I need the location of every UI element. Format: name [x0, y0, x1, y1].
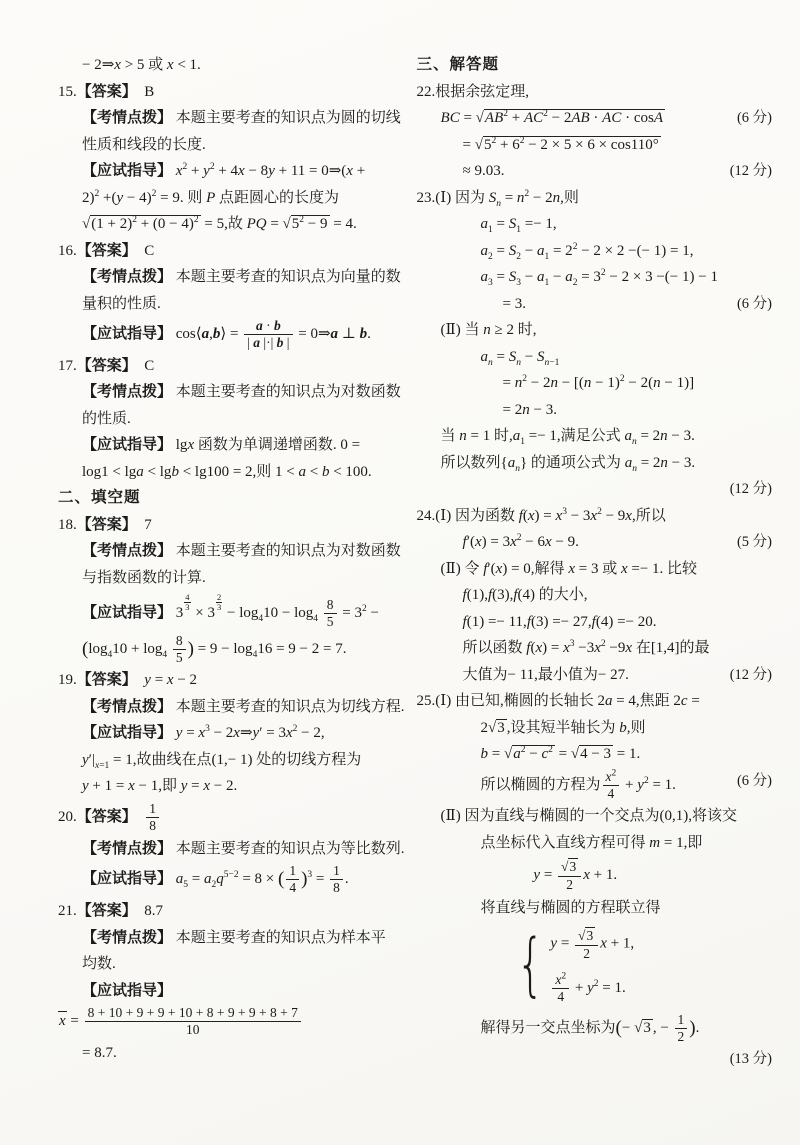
line-text: 【考情点拨】 本题主要考查的知识点为样本平 — [82, 930, 386, 946]
text-line: y = √32x + 1. — [417, 858, 774, 892]
text-line: ≈ 9.03.(12 分) — [417, 160, 774, 182]
text-line: 【考情点拨】 本题主要考查的知识点为切线方程. — [58, 696, 405, 718]
text-line: (Ⅱ) 当 n ≥ 2 时, — [417, 319, 774, 341]
text-line: √(1 + 2)2 + (0 − 4)2 = 5,故 PQ = √52 − 9 … — [58, 213, 405, 235]
text-line: 点坐标代入直线方程可得 m = 1,即 — [417, 832, 774, 854]
line-text: = √52 + 62 − 2 × 5 × 6 × cos110° — [463, 137, 661, 153]
text-line: b = √a2 − c2 = √4 − 3 = 1. — [417, 743, 774, 765]
line-text: (Ⅱ) 当 n ≥ 2 时, — [441, 322, 537, 338]
text-line: 当 n = 1 时,a1 =− 1,满足公式 an = 2n − 3. — [417, 425, 774, 447]
text-line: 量积的性质. — [58, 293, 405, 315]
text-line: 与指数函数的计算. — [58, 567, 405, 589]
line-text: 当 n = 1 时,a1 =− 1,满足公式 an = 2n − 3. — [441, 428, 695, 444]
line-text: 19.【答案】 y = x − 2 — [58, 672, 197, 688]
line-text: b = √a2 − c2 = √4 − 3 = 1. — [481, 746, 641, 762]
answer-22: 22.根据余弦定理, — [417, 81, 774, 103]
line-text: 【考情点拨】 本题主要考查的知识点为向量的数 — [82, 269, 401, 285]
line-text: 24.(Ⅰ) 因为函数 f(x) = x3 − 3x2 − 9x,所以 — [417, 508, 666, 524]
text-line: 【考情点拨】 本题主要考查的知识点为等比数列. — [58, 838, 405, 860]
left-column: − 2⇒x > 5 或 x < 1.15.【答案】 B【考情点拨】 本题主要考查… — [58, 54, 405, 1075]
text-line: = n2 − 2n − [(n − 1)2 − 2(n − 1)] — [417, 372, 774, 394]
line-text: a3 = S3 − a1 − a2 = 32 − 2 × 3 −(− 1) − … — [481, 269, 718, 285]
line-text: 【应试指导】 a5 = a2q5−2 = 8 × (14)3 = 18. — [82, 871, 349, 887]
text-line: 【应试指导】 a5 = a2q5−2 = 8 × (14)3 = 18. — [58, 864, 405, 895]
line-text: 解得另一交点坐标为(− √3, − 12). — [481, 1020, 700, 1036]
line-text: 三、解答题 — [417, 56, 500, 73]
answer-19: 19.【答案】 y = x − 2 — [58, 669, 405, 691]
section-heading-solutions: 三、解答题 — [417, 54, 774, 76]
line-text: f(1),f(3),f(4) 的大小, — [463, 587, 588, 603]
text-line: 所以椭圆的方程为x24 + y2 = 1.(6 分) — [417, 770, 774, 801]
text-line: f(1),f(3),f(4) 的大小, — [417, 584, 774, 606]
line-text: 二、填空题 — [58, 489, 141, 506]
line-text: = 3. — [503, 296, 526, 312]
line-text: 所以数列{an} 的通项公式为 an = 2n − 3. — [441, 455, 696, 471]
line-text: 【考情点拨】 本题主要考查的知识点为圆的切线 — [82, 110, 401, 126]
text-line: 【考情点拨】 本题主要考查的知识点为对数函数 — [58, 540, 405, 562]
line-text: 点坐标代入直线方程可得 m = 1,即 — [481, 835, 703, 851]
line-text: (Ⅱ) 因为直线与椭圆的一个交点为(0,1),将该交 — [441, 808, 737, 824]
line-text: 21.【答案】 8.7 — [58, 903, 163, 919]
line-text: = 8.7. — [82, 1045, 117, 1061]
line-text: √(1 + 2)2 + (0 − 4)2 = 5,故 PQ = √52 − 9 … — [82, 216, 357, 232]
text-line: = 2n − 3. — [417, 399, 774, 421]
score-badge: (12 分) — [730, 160, 772, 182]
line-text: f′(x) = 3x2 − 6x − 9. — [463, 534, 579, 550]
line-text: 17.【答案】 C — [58, 358, 154, 374]
text-line: (13 分) — [417, 1048, 774, 1070]
system-equation: y = √32x + 1, — [550, 927, 634, 961]
line-text: 【应试指导】 x2 + y2 + 4x − 8y + 11 = 0⇒(x + — [82, 163, 365, 179]
line-text: 【考情点拨】 本题主要考查的知识点为对数函数 — [82, 543, 401, 559]
line-text: 【应试指导】 cos⟨a,b⟩ = a · b| a |·| b | = 0⇒a… — [82, 326, 371, 342]
text-line: 所以数列{an} 的通项公式为 an = 2n − 3. — [417, 452, 774, 474]
text-line: 【应试指导】 cos⟨a,b⟩ = a · b| a |·| b | = 0⇒a… — [58, 319, 405, 350]
text-line: 大值为− 11,最小值为− 27.(12 分) — [417, 664, 774, 686]
text-line: BC = √AB2 + AC2 − 2AB · AC · cosA(6 分) — [417, 107, 774, 129]
line-text: 【应试指导】 y = x3 − 2x⇒y′ = 3x2 − 2, — [82, 725, 325, 741]
answer-23: 23.(Ⅰ) 因为 Sn = n2 − 2n,则 — [417, 187, 774, 209]
system-equation: x24 + y2 = 1. — [550, 973, 625, 1004]
line-text: 【考情点拨】 本题主要考查的知识点为切线方程. — [82, 699, 405, 715]
text-line: x = 8 + 10 + 9 + 9 + 10 + 8 + 9 + 9 + 8 … — [58, 1006, 405, 1037]
score-badge: (6 分) — [737, 770, 772, 792]
score-badge: (5 分) — [737, 531, 772, 553]
text-line: 【应试指导】 — [58, 980, 405, 1002]
line-text: 【考情点拨】 本题主要考查的知识点为等比数列. — [82, 841, 405, 857]
score-badge: (13 分) — [730, 1048, 772, 1070]
text-line: log1 < lga < lgb < lg100 = 2,则 1 < a < b… — [58, 461, 405, 483]
line-text: 【考情点拨】 本题主要考查的知识点为对数函数 — [82, 384, 401, 400]
answer-24: 24.(Ⅰ) 因为函数 f(x) = x3 − 3x2 − 9x,所以 — [417, 505, 774, 527]
text-line: 【考情点拨】 本题主要考查的知识点为样本平 — [58, 927, 405, 949]
text-line: f′(x) = 3x2 − 6x − 9.(5 分) — [417, 531, 774, 553]
right-column: 三、解答题22.根据余弦定理,BC = √AB2 + AC2 − 2AB · A… — [417, 54, 774, 1075]
line-text: y + 1 = x − 1,即 y = x − 2. — [82, 778, 237, 794]
line-text: 2√3,设其短半轴长为 b,则 — [481, 720, 646, 736]
text-line: 【应试指导】 lgx 函数为单调递增函数. 0 = — [58, 434, 405, 456]
line-text: 20.【答案】 18 — [58, 809, 161, 825]
text-line: = 3.(6 分) — [417, 293, 774, 315]
text-line: (Ⅱ) 令 f′(x) = 0,解得 x = 3 或 x =− 1. 比较 — [417, 558, 774, 580]
line-text: 所以函数 f(x) = x3 −3x2 −9x 在[1,4]的最 — [463, 640, 710, 656]
text-line: = 8.7. — [58, 1042, 405, 1064]
text-line: 解得另一交点坐标为(− √3, − 12). — [417, 1013, 774, 1044]
text-line: 【考情点拨】 本题主要考查的知识点为圆的切线 — [58, 107, 405, 129]
line-text: (Ⅱ) 令 f′(x) = 0,解得 x = 3 或 x =− 1. 比较 — [441, 561, 698, 577]
line-text: 性质和线段的长度. — [82, 137, 206, 153]
scanned-answer-sheet-page: − 2⇒x > 5 或 x < 1.15.【答案】 B【考情点拨】 本题主要考查… — [0, 0, 800, 1075]
line-text: 均数. — [82, 956, 116, 972]
answer-21: 21.【答案】 8.7 — [58, 900, 405, 922]
line-text: 16.【答案】 C — [58, 243, 154, 259]
text-line: 性质和线段的长度. — [58, 134, 405, 156]
text-line: a1 = S1 =− 1, — [417, 213, 774, 235]
score-badge: (6 分) — [737, 107, 772, 129]
line-text: 【应试指导】 lgx 函数为单调递增函数. 0 = — [82, 437, 360, 453]
text-line: y′|x=1 = 1,故曲线在点(1,− 1) 处的切线方程为 — [58, 749, 405, 771]
section-heading-fill-in-blanks: 二、填空题 — [58, 487, 405, 509]
line-text: y = √32x + 1. — [533, 867, 617, 883]
line-text: 将直线与椭圆的方程联立得 — [481, 900, 661, 916]
line-text: 15.【答案】 B — [58, 84, 154, 100]
score-badge: (12 分) — [730, 478, 772, 500]
text-line: 的性质. — [58, 408, 405, 430]
text-line: 【应试指导】 y = x3 − 2x⇒y′ = 3x2 − 2, — [58, 722, 405, 744]
line-text: = 2n − 3. — [503, 402, 557, 418]
line-text: a2 = S2 − a1 = 22 − 2 × 2 −(− 1) = 1, — [481, 243, 694, 259]
line-text: 23.(Ⅰ) 因为 Sn = n2 − 2n,则 — [417, 190, 579, 206]
text-line: an = Sn − Sn−1 — [417, 346, 774, 368]
system-brace-glyph: { — [516, 931, 544, 999]
line-text: 22.根据余弦定理, — [417, 84, 530, 100]
text-line: (Ⅱ) 因为直线与椭圆的一个交点为(0,1),将该交 — [417, 805, 774, 827]
text-line: 将直线与椭圆的方程联立得 — [417, 897, 774, 919]
line-text: (log410 + log4 85) = 9 − log416 = 9 − 2 … — [82, 641, 346, 657]
line-text: 18.【答案】 7 — [58, 517, 152, 533]
text-line: {y = √32x + 1,x24 + y2 = 1. — [417, 923, 774, 1008]
text-line: 【考情点拨】 本题主要考查的知识点为对数函数 — [58, 381, 405, 403]
text-line: 【应试指导】 x2 + y2 + 4x − 8y + 11 = 0⇒(x + — [58, 160, 405, 182]
text-line: = √52 + 62 − 2 × 5 × 6 × cos110° — [417, 134, 774, 156]
text-line: a2 = S2 − a1 = 22 − 2 × 2 −(− 1) = 1, — [417, 240, 774, 262]
line-text: x = 8 + 10 + 9 + 9 + 10 + 8 + 9 + 9 + 8 … — [58, 1013, 303, 1029]
line-text: y′|x=1 = 1,故曲线在点(1,− 1) 处的切线方程为 — [82, 752, 361, 768]
answer-25: 25.(Ⅰ) 由已知,椭圆的长轴长 2a = 4,焦距 2c = — [417, 690, 774, 712]
answer-17: 17.【答案】 C — [58, 355, 405, 377]
line-text: 大值为− 11,最小值为− 27. — [463, 667, 629, 683]
text-line: 2)2 +(y − 4)2 = 9. 则 P 点距圆心的长度为 — [58, 187, 405, 209]
text-line: 所以函数 f(x) = x3 −3x2 −9x 在[1,4]的最 — [417, 637, 774, 659]
text-line: (log410 + log4 85) = 9 − log416 = 9 − 2 … — [58, 634, 405, 665]
line-text: a1 = S1 =− 1, — [481, 216, 557, 232]
equation-system: {y = √32x + 1,x24 + y2 = 1. — [516, 927, 634, 1004]
line-text: BC = √AB2 + AC2 − 2AB · AC · cosA — [441, 110, 665, 126]
text-line: (12 分) — [417, 478, 774, 500]
score-badge: (12 分) — [730, 664, 772, 686]
line-text: 与指数函数的计算. — [82, 570, 206, 586]
line-text: 所以椭圆的方程为x24 + y2 = 1. — [481, 777, 676, 793]
text-line: f(1) =− 11,f(3) =− 27,f(4) =− 20. — [417, 611, 774, 633]
text-line: 均数. — [58, 953, 405, 975]
line-text: 2)2 +(y − 4)2 = 9. 则 P 点距圆心的长度为 — [82, 190, 339, 206]
line-text: = n2 − 2n − [(n − 1)2 − 2(n − 1)] — [503, 375, 695, 391]
answer-16: 16.【答案】 C — [58, 240, 405, 262]
answer-18: 18.【答案】 7 — [58, 514, 405, 536]
line-text: 的性质. — [82, 411, 131, 427]
line-text: 【应试指导】 — [82, 983, 172, 999]
answer-20: 20.【答案】 18 — [58, 802, 405, 833]
answer-15: 15.【答案】 B — [58, 81, 405, 103]
line-text: 25.(Ⅰ) 由已知,椭圆的长轴长 2a = 4,焦距 2c = — [417, 693, 700, 709]
line-text: − 2⇒x > 5 或 x < 1. — [82, 57, 201, 73]
line-text: 【应试指导】 343 × 323 − log410 − log4 85 = 32… — [82, 605, 379, 621]
line-text: log1 < lga < lgb < lg100 = 2,则 1 < a < b… — [82, 464, 372, 480]
text-line: − 2⇒x > 5 或 x < 1. — [58, 54, 405, 76]
line-text: 量积的性质. — [82, 296, 161, 312]
text-line: 【应试指导】 343 × 323 − log410 − log4 85 = 32… — [58, 593, 405, 629]
text-line: y + 1 = x − 1,即 y = x − 2. — [58, 775, 405, 797]
line-text: ≈ 9.03. — [463, 163, 505, 179]
text-line: 2√3,设其短半轴长为 b,则 — [417, 717, 774, 739]
text-line: a3 = S3 − a1 − a2 = 32 − 2 × 3 −(− 1) − … — [417, 266, 774, 288]
score-badge: (6 分) — [737, 293, 772, 315]
line-text: an = Sn − Sn−1 — [481, 349, 560, 365]
text-line: 【考情点拨】 本题主要考查的知识点为向量的数 — [58, 266, 405, 288]
line-text: f(1) =− 11,f(3) =− 27,f(4) =− 20. — [463, 614, 657, 630]
